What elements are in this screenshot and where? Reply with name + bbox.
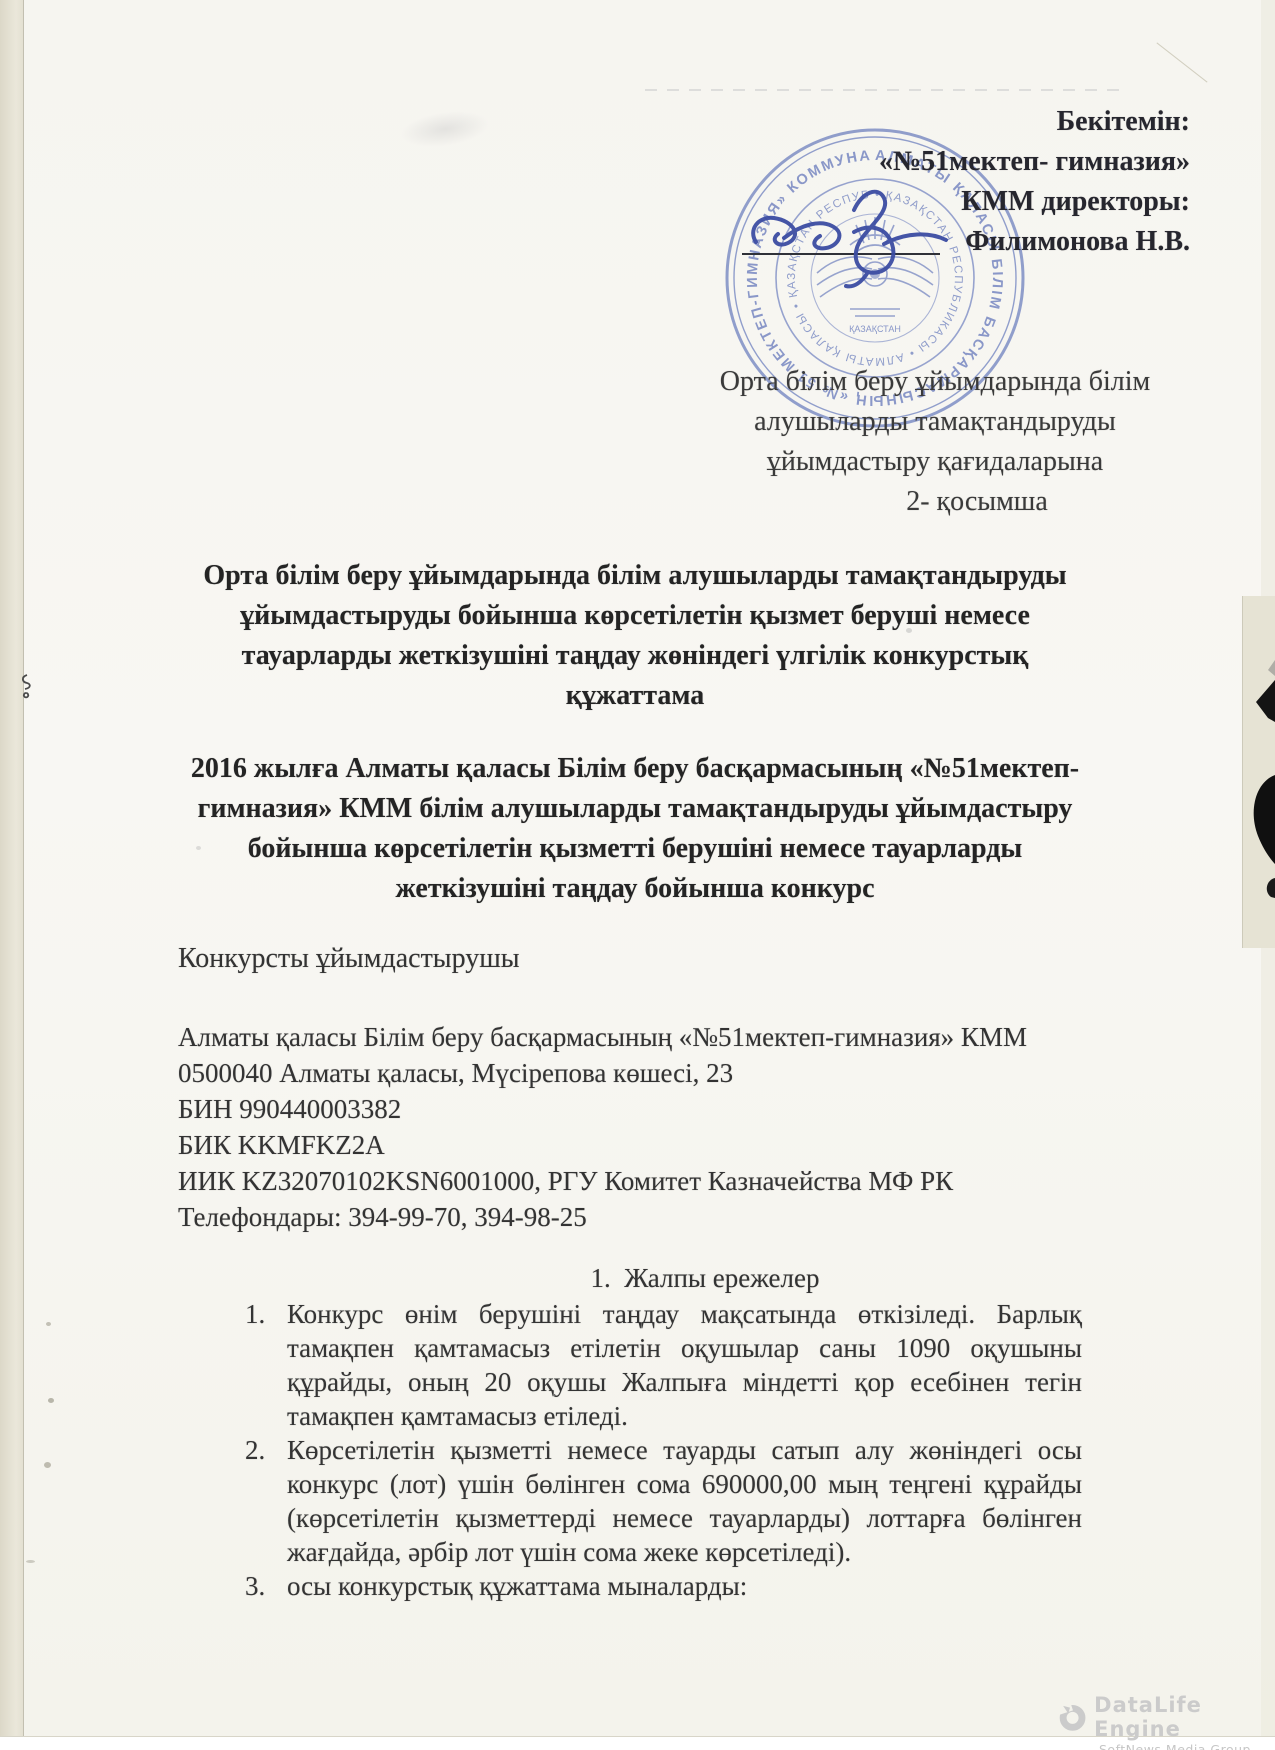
handwritten-signature: [750, 180, 960, 295]
scan-noise-line: [645, 89, 1125, 91]
item-line: тамақпен қамтамасыз етілетін оқушылар са…: [287, 1331, 1082, 1365]
organizer-detail-line: Алматы қаласы Білім беру басқармасының «…: [178, 1019, 1027, 1055]
watermark-subtext: SoftNews Media Group: [1099, 1742, 1268, 1750]
list-item: 2. Көрсетілетін қызметті немесе тауарды …: [287, 1433, 1082, 1569]
organizer-details-block: Алматы қаласы Білім беру басқармасының «…: [178, 1019, 1027, 1235]
item-line: құрайды, оның 20 оқушы Жалпыға міндетті …: [287, 1365, 1082, 1399]
organizer-detail-line: 0500040 Алматы қаласы, Мүсірепова көшесі…: [178, 1055, 1027, 1091]
item-line: тамақпен қамтамасыз етіледі.: [287, 1399, 1082, 1433]
organizer-detail-line: БИН 990440003382: [178, 1091, 1027, 1127]
annex-line: алушыларды тамақтандыруды: [660, 402, 1210, 442]
datalife-engine-watermark: DataLife Engine SoftNews Media Group: [1058, 1693, 1268, 1750]
tender-title-line: 2016 жылға Алматы қаласы Білім беру басқ…: [140, 749, 1130, 789]
ink-mark: [18, 672, 34, 702]
item-line: жағдайда, әрбір лот үшін сома жеке көрсе…: [287, 1535, 1082, 1569]
dust-speck: [26, 1560, 35, 1563]
approval-line-approve: Бекітемін:: [879, 102, 1190, 142]
section-heading: 1. Жалпы ережелер: [150, 1263, 1260, 1294]
item-line: Конкурс өнім берушіні таңдау мақсатында …: [287, 1297, 1082, 1331]
tender-title-line: гимназия» КММ білім алушыларды тамақтанд…: [140, 789, 1130, 829]
organizer-detail-line: ИИК KZ32070102KSN6001000, РГУ Комитет Ка…: [178, 1163, 1027, 1199]
annex-number: 2- қосымша: [702, 482, 1252, 522]
annex-line: Орта білім беру ұйымдарында білім: [660, 362, 1210, 402]
item-number: 2.: [245, 1433, 265, 1467]
stamp-center-label: ҚАЗАҚСТАН: [849, 324, 901, 334]
approval-line-organization: «№51мектеп- гимназия»: [879, 142, 1190, 182]
annex-reference-block: Орта білім беру ұйымдарында білім алушыл…: [660, 362, 1210, 522]
document-title: Орта білім беру ұйымдарында білім алушыл…: [140, 556, 1130, 716]
list-item: 1. Конкурс өнім берушіні таңдау мақсатын…: [287, 1297, 1082, 1433]
item-line: осы конкурстық құжаттама мыналарды:: [287, 1569, 1082, 1603]
corner-fold-line: [1156, 42, 1207, 82]
organizer-label: Конкурсты ұйымдастырушы: [178, 943, 520, 975]
dust-speck: [48, 1398, 54, 1403]
general-rules-list: 1. Конкурс өнім берушіні таңдау мақсатын…: [287, 1297, 1082, 1603]
document-title-line: Орта білім беру ұйымдарында білім алушыл…: [140, 556, 1130, 596]
dust-speck: [44, 1462, 51, 1468]
scan-edge-left: [0, 0, 24, 1742]
document-title-line: ұйымдастыруды бойынша көрсетілетін қызме…: [140, 596, 1130, 636]
item-number: 3.: [245, 1569, 265, 1603]
organizer-detail-line: Телефондары: 394-99-70, 394-98-25: [178, 1199, 1027, 1235]
item-line: Көрсетілетін қызметті немесе тауарды сат…: [287, 1433, 1082, 1467]
datalife-engine-logo-icon: [1058, 1700, 1087, 1734]
dust-speck: [46, 1322, 51, 1326]
annex-line: ұйымдастыру қағидаларына: [660, 442, 1210, 482]
item-line: (көрсетілетін қызметтерді немесе тауарла…: [287, 1501, 1082, 1535]
organizer-detail-line: БИК KKMFKZ2A: [178, 1127, 1027, 1163]
item-line: конкурс (лот) үшін бөлінген сома 690000,…: [287, 1467, 1082, 1501]
list-item: 3. осы конкурстық құжаттама мыналарды:: [287, 1569, 1082, 1603]
document-title-line: тауарларды жеткізушіні таңдау жөніндегі …: [140, 636, 1130, 676]
tender-title-line: жеткізушіні таңдау бойынша конкурс: [140, 869, 1130, 909]
item-number: 1.: [245, 1297, 265, 1331]
watermark-brand: DataLife Engine: [1094, 1693, 1268, 1741]
scan-smudge: [398, 106, 492, 152]
tender-title: 2016 жылға Алматы қаласы Білім беру басқ…: [140, 749, 1130, 909]
scan-artifact-blobs: [1240, 640, 1275, 930]
document-title-line: құжаттама: [140, 676, 1130, 716]
tender-title-line: бойынша көрсетілетін қызметті берушіні н…: [140, 829, 1130, 869]
scanned-document-page: АЛМАТЫ ҚАЛАСЫ БІЛІМ БАСҚАРМАСЫНЫҢ «№ 51 …: [0, 0, 1275, 1736]
